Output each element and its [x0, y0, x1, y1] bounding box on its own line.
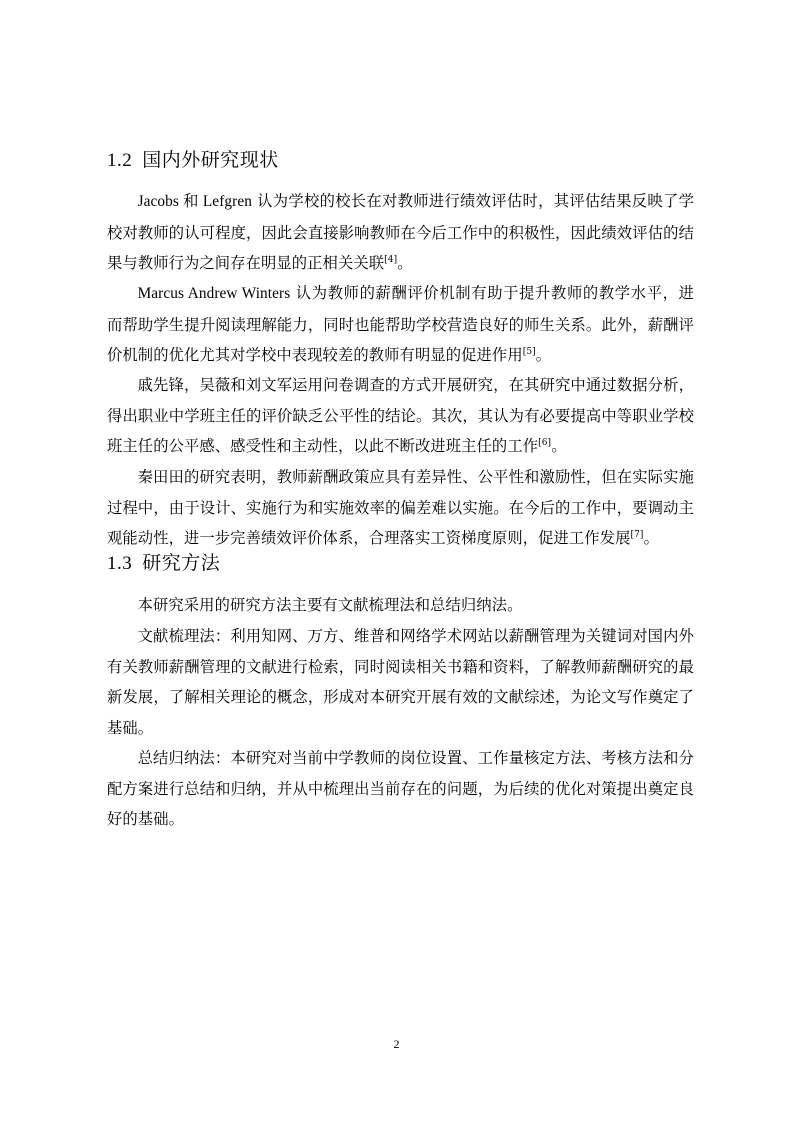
- paragraph-text: 戚先锋，吴薇和刘文军运用问卷调查的方式开展研究，在其研究中通过数据分析，得出职业…: [107, 376, 694, 455]
- citation: [6]: [538, 438, 551, 448]
- section-title: 研究方法: [142, 552, 220, 574]
- paragraph: 文献梳理法：利用知网、万方、维普和网络学术网站以薪酬管理为关键词对国内外有关教师…: [107, 621, 694, 743]
- paragraph-end: 。: [536, 346, 551, 364]
- section-number: 1.3: [107, 553, 132, 574]
- paragraph: Marcus Andrew Winters 认为教师的薪酬评价机制有助于提升教师…: [107, 278, 694, 371]
- paragraph-text: 文献梳理法：利用知网、万方、维普和网络学术网站以薪酬管理为关键词对国内外有关教师…: [107, 627, 694, 737]
- paragraph: 本研究采用的研究方法主要有文献梳理法和总结归纳法。: [107, 590, 694, 621]
- author-names: Jacobs 和 Lefgren: [138, 193, 252, 210]
- author-names: Marcus Andrew Winters: [138, 285, 291, 302]
- paragraph-end: 。: [397, 254, 412, 272]
- citation: [7]: [631, 530, 644, 540]
- section-number: 1.2: [107, 150, 132, 171]
- paragraph-text: 秦田田的研究表明，教师薪酬政策应具有差异性、公平性和激励性，但在实际实施过程中，…: [107, 468, 694, 547]
- section-title: 国内外研究现状: [142, 149, 279, 171]
- paragraph-end: 。: [644, 529, 659, 547]
- section-heading-1-3: 1.3研究方法: [107, 550, 220, 577]
- citation: [4]: [384, 255, 397, 265]
- paragraph-text: 总结归纳法：本研究对当前中学教师的岗位设置、工作量核定方法、考核方法和分配方案进…: [107, 749, 694, 828]
- citation: [5]: [523, 347, 536, 357]
- paragraph: 戚先锋，吴薇和刘文军运用问卷调查的方式开展研究，在其研究中通过数据分析，得出职业…: [107, 370, 694, 462]
- paragraph-end: 。: [551, 437, 566, 455]
- paragraph: 总结归纳法：本研究对当前中学教师的岗位设置、工作量核定方法、考核方法和分配方案进…: [107, 743, 694, 835]
- page-number: 2: [0, 1037, 793, 1052]
- paragraph: Jacobs 和 Lefgren 认为学校的校长在对教师进行绩效评估时，其评估结…: [107, 186, 694, 279]
- paragraph: 秦田田的研究表明，教师薪酬政策应具有差异性、公平性和激励性，但在实际实施过程中，…: [107, 462, 694, 554]
- paragraph-text: 本研究采用的研究方法主要有文献梳理法和总结归纳法。: [138, 596, 523, 614]
- section-heading-1-2: 1.2国内外研究现状: [107, 147, 279, 174]
